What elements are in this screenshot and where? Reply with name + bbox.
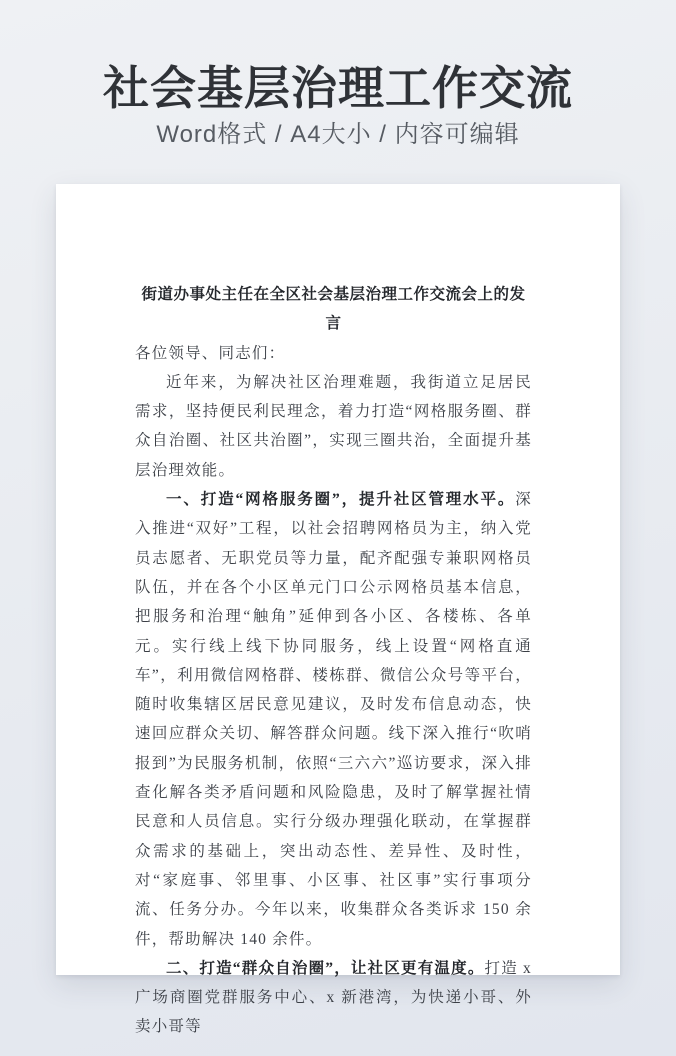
paragraph-text: 深入推进“双好”工程，以社会招聘网格员为主，纳入党员志愿者、无职党员等力量，配齐… (135, 491, 532, 947)
section-2-heading: 二、打造“群众自治圈”，让社区更有温度。 (166, 960, 485, 977)
page-title: 社会基层治理工作交流 (0, 64, 676, 112)
template-preview: 社会基层治理工作交流 Word格式 / A4大小 / 内容可编辑 街道办事处主任… (0, 0, 676, 975)
document-title: 街道办事处主任在全区社会基层治理工作交流会上的发言 (135, 280, 532, 339)
document-body: 街道办事处主任在全区社会基层治理工作交流会上的发言 各位领导、同志们： 近年来，… (135, 280, 532, 1042)
document-page: 街道办事处主任在全区社会基层治理工作交流会上的发言 各位领导、同志们： 近年来，… (56, 184, 620, 975)
paragraph-section-2: 二、打造“群众自治圈”，让社区更有温度。打造 x 广场商圈党群服务中心、x 新港… (135, 954, 532, 1042)
paragraph-text: 近年来，为解决社区治理难题，我街道立足居民需求，坚持便民利民理念，着力打造“网格… (135, 374, 532, 479)
section-1-heading: 一、打造“网格服务圈”，提升社区管理水平。 (166, 491, 515, 508)
greeting-line: 各位领导、同志们： (135, 339, 532, 368)
preview-header: 社会基层治理工作交流 Word格式 / A4大小 / 内容可编辑 (0, 0, 676, 149)
page-subtitle: Word格式 / A4大小 / 内容可编辑 (0, 121, 676, 149)
paragraph-intro: 近年来，为解决社区治理难题，我街道立足居民需求，坚持便民利民理念，着力打造“网格… (135, 368, 532, 485)
paragraph-section-1: 一、打造“网格服务圈”，提升社区管理水平。深入推进“双好”工程，以社会招聘网格员… (135, 485, 532, 954)
